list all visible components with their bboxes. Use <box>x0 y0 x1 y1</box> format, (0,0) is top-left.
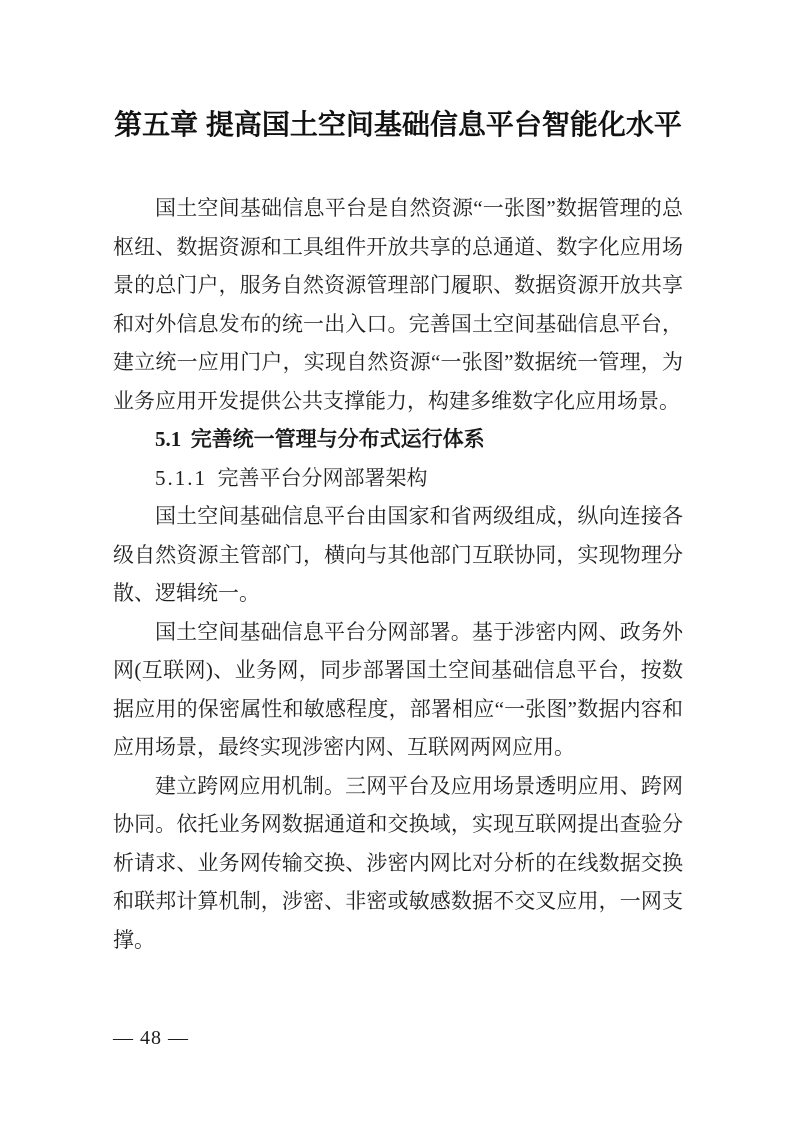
intro-paragraph: 国土空间基础信息平台是自然资源“一张图”数据管理的总枢纽、数据资源和工具组件开放… <box>113 189 683 420</box>
subsection-heading-5-1-1: 5.1.1完善平台分网部署架构 <box>113 459 683 498</box>
section-title: 完善统一管理与分布式运行体系 <box>191 427 485 451</box>
document-page: 第五章 提高国土空间基础信息平台智能化水平 国土空间基础信息平台是自然资源“一张… <box>0 0 793 1122</box>
page-number: — 48 — <box>113 1026 189 1050</box>
chapter-title: 第五章 提高国土空间基础信息平台智能化水平 <box>113 106 683 144</box>
paragraph-platform-levels: 国土空间基础信息平台由国家和省两级组成，纵向连接各级自然资源主管部门，横向与其他… <box>113 497 683 613</box>
section-number: 5.1 <box>155 427 191 451</box>
page-content: 第五章 提高国土空间基础信息平台智能化水平 国土空间基础信息平台是自然资源“一张… <box>113 0 683 959</box>
paragraph-cross-network: 建立跨网应用机制。三网平台及应用场景透明应用、跨网协同。依托业务网数据通道和交换… <box>113 767 683 960</box>
section-heading-5-1: 5.1完善统一管理与分布式运行体系 <box>113 420 683 459</box>
subsection-title: 完善平台分网部署架构 <box>218 466 428 490</box>
paragraph-network-deployment: 国土空间基础信息平台分网部署。基于涉密内网、政务外网(互联网)、业务网，同步部署… <box>113 613 683 767</box>
subsection-number: 5.1.1 <box>155 466 218 490</box>
